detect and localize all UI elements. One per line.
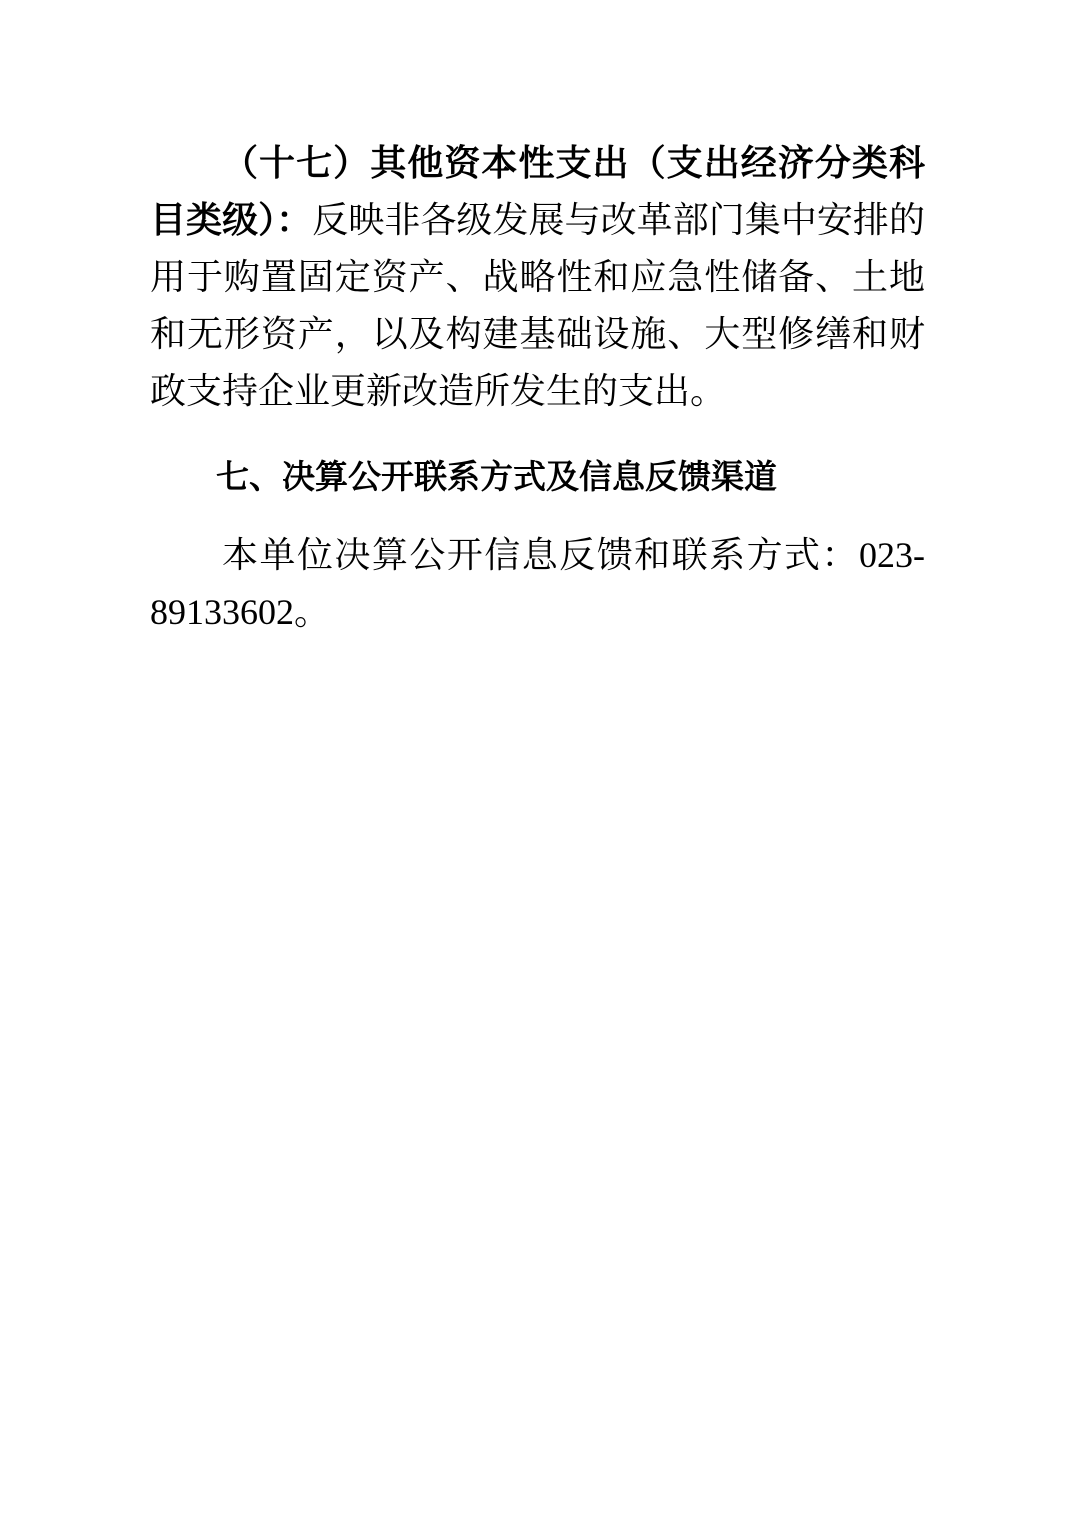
contact-paragraph: 本单位决算公开信息反馈和联系方式：023-89133602。 (150, 527, 925, 641)
document-page: （十七）其他资本性支出（支出经济分类科目类级）：反映非各级发展与改革部门集中安排… (0, 0, 1075, 1520)
paragraph-item-17: （十七）其他资本性支出（支出经济分类科目类级）：反映非各级发展与改革部门集中安排… (150, 135, 925, 420)
section-7-heading: 七、决算公开联系方式及信息反馈渠道 (150, 448, 925, 505)
